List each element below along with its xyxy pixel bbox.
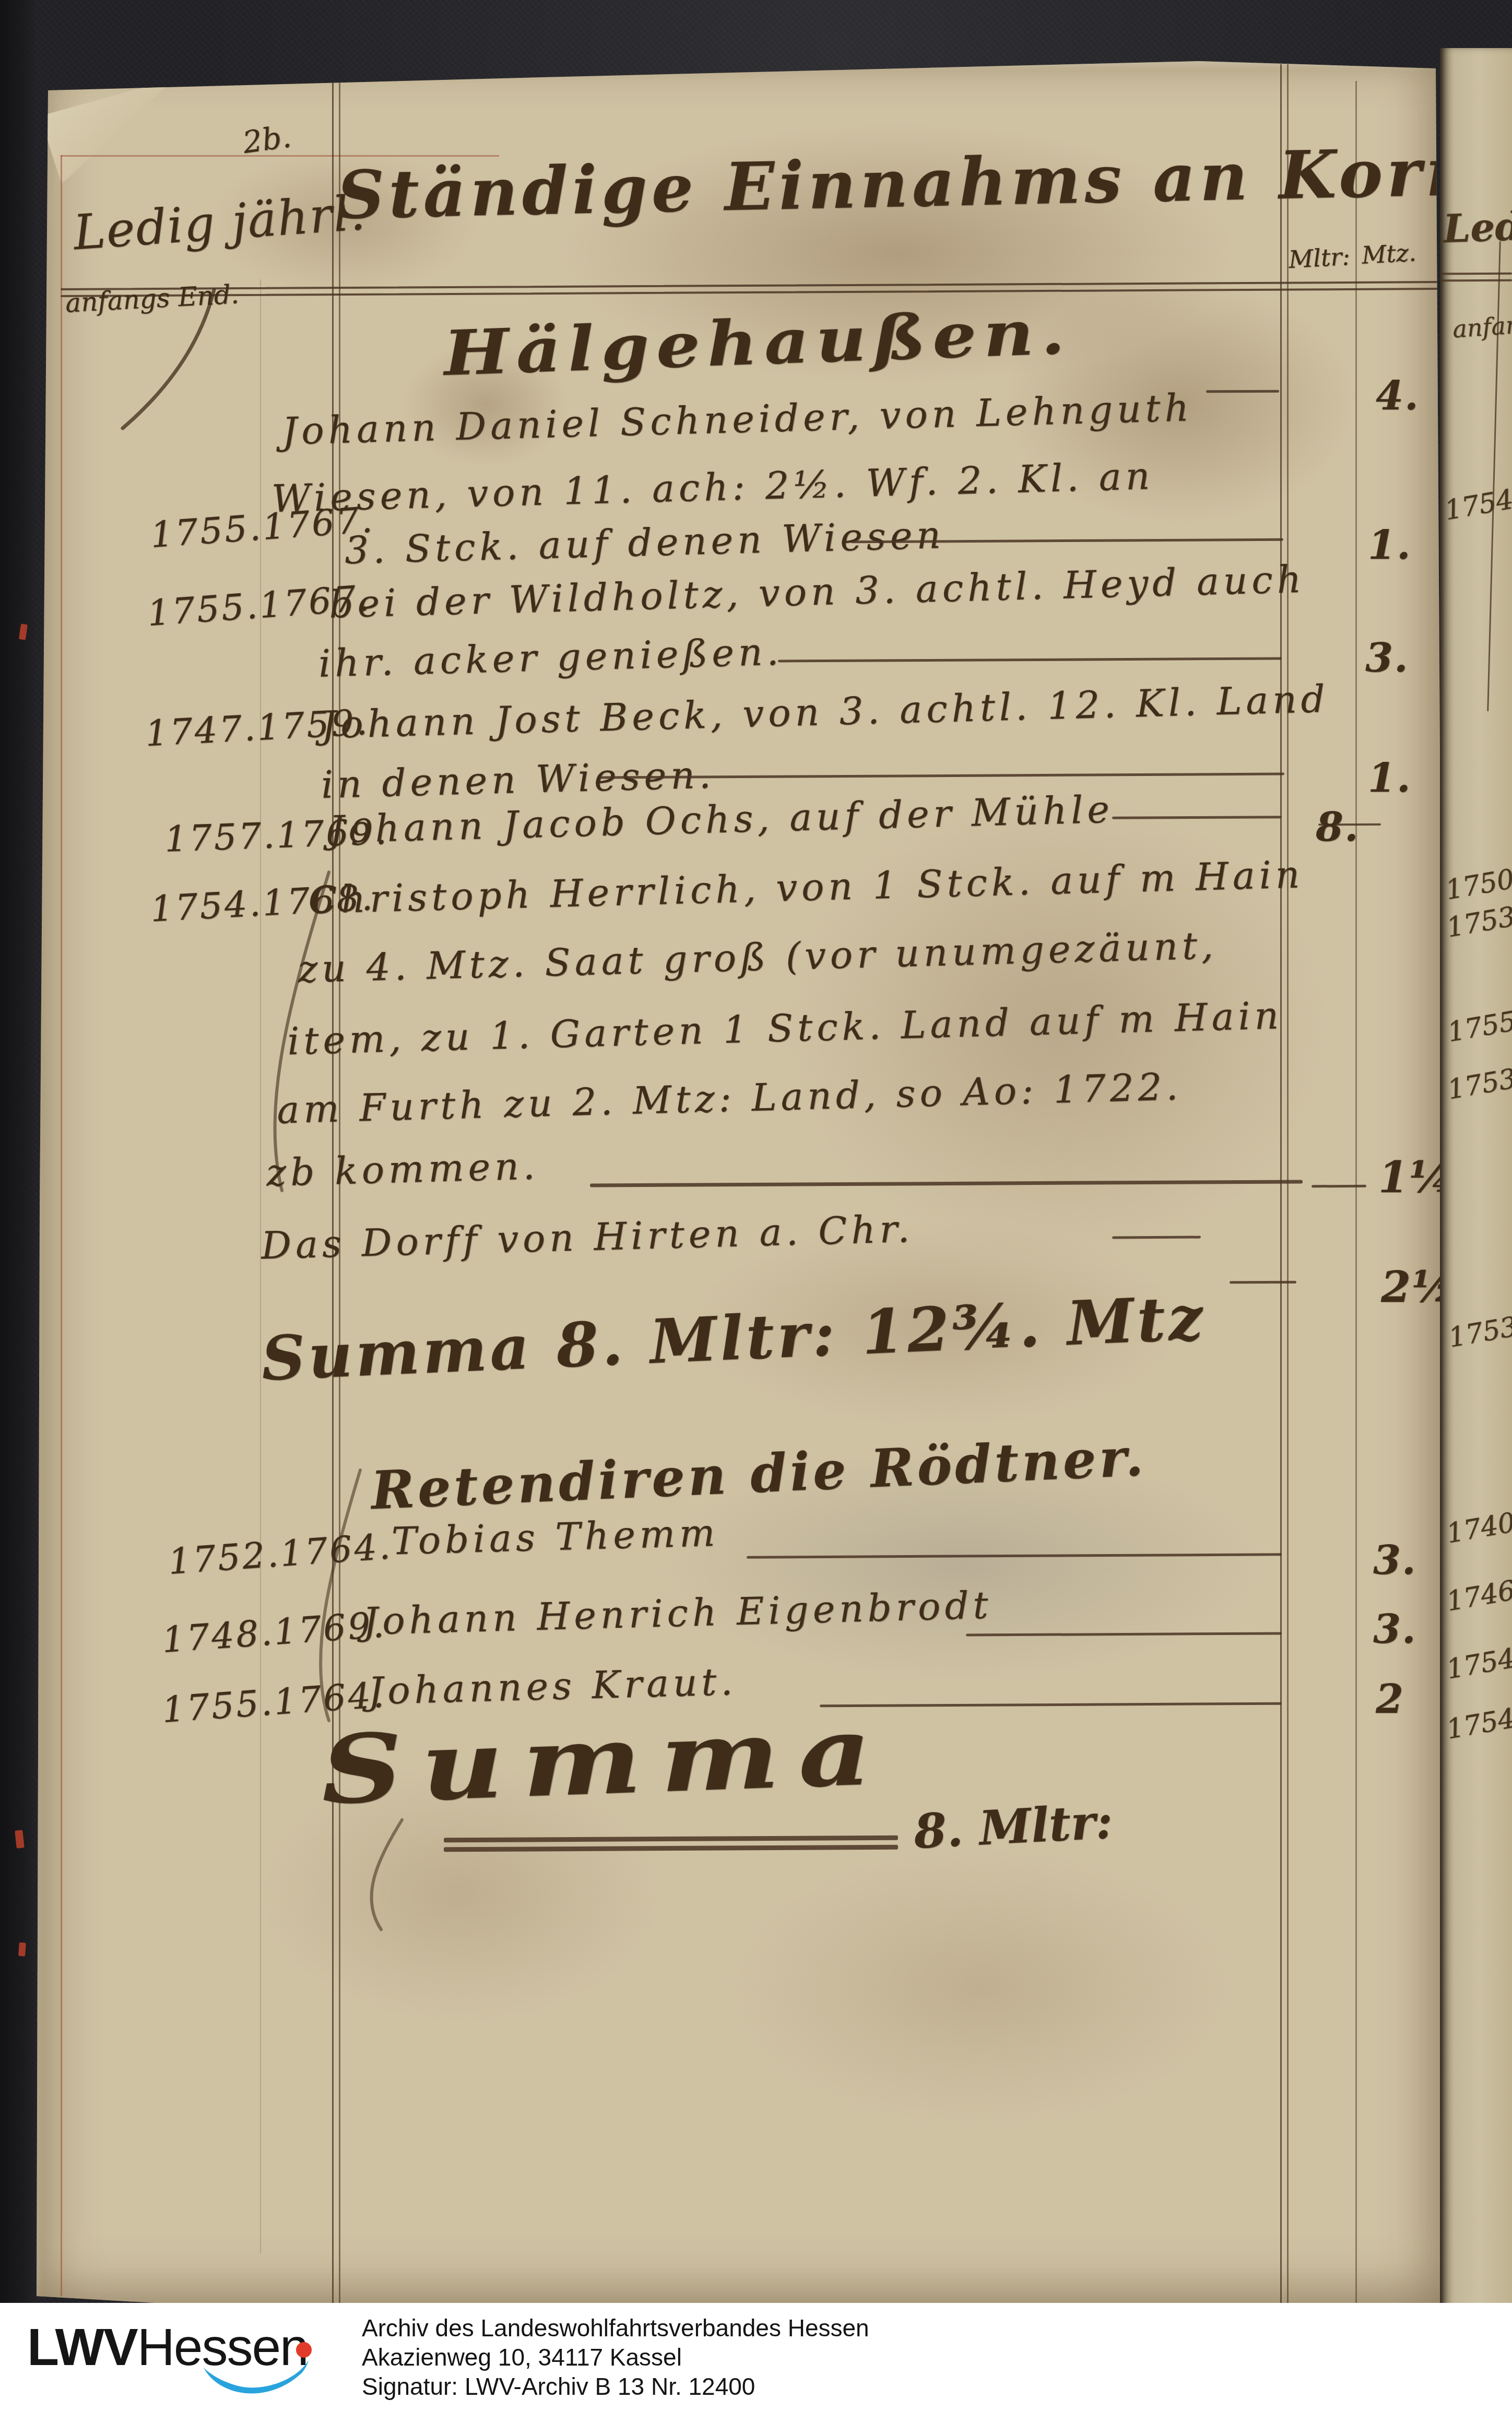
next-page-year-fragment: 1750.1 [1443,859,1512,907]
amount-value: 8. [1316,804,1359,850]
retention-name: Tobias Themm [391,1511,719,1563]
next-page-sub-fragment: anfangs [1451,309,1512,344]
ink-dash [1206,390,1279,393]
page-corner-mark: 2b. [241,119,293,160]
next-page-year-fragment: 1754. [1444,1701,1512,1746]
archive-scan: 2b. Ledig jährl. Ständige Einnahms an Ko… [0,0,1512,2411]
footer-band: LWVHessen Archiv des Landeswohlfahrtsver… [0,2303,1512,2411]
next-page-year-fragment: 1753. [1446,1310,1512,1354]
manuscript-page: 2b. Ledig jährl. Ständige Einnahms an Ko… [37,60,1446,2316]
next-page-header-underline [1440,273,1512,275]
entry-line: zb kommen. [266,1144,539,1195]
amount-value: 1. [1368,522,1411,568]
lwv-logo-swoosh [197,2338,317,2409]
next-page-year-fragment: 1755. [1445,1004,1512,1049]
next-page-header-fragment: Ledig [1443,203,1512,252]
lwv-logo-bold: LWV [27,2318,137,2377]
amount-value: 2 [1376,1676,1404,1722]
next-page-header-underline [1440,279,1512,282]
next-page-year-fragment: 1740. [1444,1506,1512,1550]
ink-dash [1312,1185,1366,1188]
footer-line-address: Akazienweg 10, 34117 Kassel [362,2343,869,2372]
amount-value: 3. [1373,1606,1416,1652]
footer-line-signature: Signatur: LWV-Archiv B 13 Nr. 12400 [362,2372,869,2401]
lwv-logo-swoosh-icon [204,2360,309,2393]
footer-line-archive: Archiv des Landeswohlfahrtsverbandes Hes… [362,2313,869,2343]
amount-value: 3. [1365,634,1409,681]
next-page-year-fragment: 1746. [1444,1573,1512,1618]
lwv-logo-dot-icon [296,2342,312,2358]
footer-address-block: Archiv des Landeswohlfahrtsverbandes Hes… [362,2313,869,2401]
ink-dash [1112,1236,1201,1239]
next-page-year-fragment: 1754.17 [1442,476,1512,526]
ink-dash [1230,1281,1296,1284]
unit-column-header: Mltr: [1288,242,1351,274]
amount-value: 1. [1368,755,1411,801]
next-page-year-fragment: 1753. [1445,1062,1512,1106]
summa-label: Summa [319,1696,892,1826]
book-spine-shadow [0,0,37,2411]
amount-value: 3. [1373,1537,1416,1583]
summa-total: 8. Mltr: [912,1794,1114,1860]
next-page-edge: Ledig anfangs 1754.17 1750.1 1753.1 1755… [1440,48,1512,2312]
unit-column-header: Mtz. [1361,238,1417,269]
amount-value: 4. [1376,372,1419,419]
red-edge-mark [18,1943,26,1957]
next-page-year-fragment: 1754. [1444,1641,1512,1686]
